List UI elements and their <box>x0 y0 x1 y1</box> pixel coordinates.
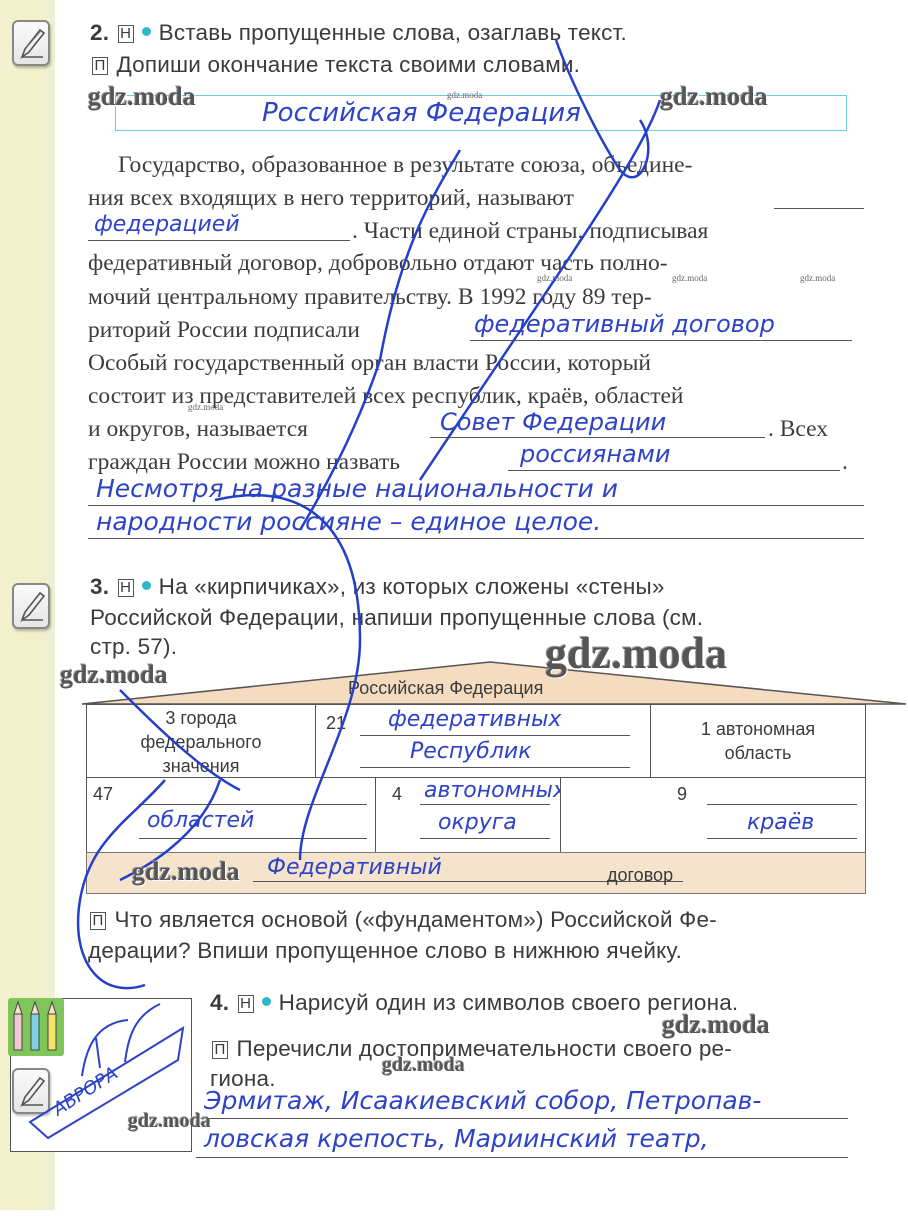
blank-line <box>508 470 840 471</box>
cell-text: 1 автономная <box>651 717 865 741</box>
cell-text: область <box>651 741 865 765</box>
task3-number: 3. <box>90 574 109 599</box>
task2-number: 2. <box>90 20 109 45</box>
cell-number: 9 <box>677 782 687 806</box>
answer-foundation: Федеративный <box>267 855 442 880</box>
text-line: . Части единой страны, подписывая <box>352 218 708 245</box>
watermark: gdz.moda <box>660 82 768 112</box>
answer-ending-1: Несмотря на разные национальности и <box>96 474 618 503</box>
watermark: gdz.moda <box>188 402 223 412</box>
task2-instruction2: Допиши окончание текста своими словами. <box>116 52 580 77</box>
bullet-dot-icon <box>142 581 151 590</box>
task4-number: 4. <box>210 990 229 1015</box>
answer-okrugs: округа <box>438 810 517 835</box>
answer-krais: краёв <box>747 810 814 835</box>
blank-line <box>88 538 864 539</box>
answer-citizens: россиянами <box>520 440 670 468</box>
watermark: gdz.moda <box>537 273 572 283</box>
task3-question: П Что является основой («фундаментом») Р… <box>88 907 717 933</box>
cell-okrugs[interactable]: 4 автономных округа <box>375 777 561 853</box>
task3-instruction: стр. 57). <box>90 634 177 660</box>
level-badge-p: П <box>212 1041 228 1059</box>
cell-autonomous-oblast: 1 автономная область <box>650 704 866 778</box>
cell-number: 21 <box>326 711 346 735</box>
aurora-ship-drawing: АВРОРА <box>0 998 200 1158</box>
blank-line <box>196 1118 848 1119</box>
cell-number: 4 <box>392 782 402 806</box>
answer-treaty: федеративный договор <box>474 310 775 338</box>
answer-ending-2: народности россияне – единое целое. <box>96 507 601 536</box>
blank-line <box>196 1157 848 1158</box>
blank-line <box>88 240 350 241</box>
blank-line <box>470 340 852 341</box>
bullet-dot-icon <box>142 27 151 36</box>
cell-number: 47 <box>93 782 113 806</box>
text-line: ния всех входящих в него территорий, наз… <box>88 185 574 212</box>
page-bottom <box>0 1210 908 1227</box>
text-line: федеративный договор, добровольно отдают… <box>88 250 668 277</box>
foundation-word: договор <box>607 863 673 887</box>
cell-text: 3 города <box>87 706 315 730</box>
level-badge-p: П <box>92 57 108 75</box>
blank-line <box>430 437 765 438</box>
watermark: gdz.moda <box>800 273 835 283</box>
blank-line <box>774 208 864 209</box>
bullet-dot-icon <box>262 997 271 1006</box>
cell-text: значения <box>87 754 315 778</box>
watermark: gdz.moda <box>672 273 707 283</box>
cell-republics[interactable]: 21 федеративных Республик <box>315 704 651 778</box>
watermark: gdz.moda <box>132 857 240 887</box>
answer-council: Совет Федерации <box>440 408 666 436</box>
watermark: gdz.moda <box>128 1110 211 1133</box>
task4-subheading: П Перечисли достопримечательности своего… <box>210 1036 732 1062</box>
task3-instruction: На «кирпичиках», из которых сложены «сте… <box>159 574 665 599</box>
answer-federation: федерацией <box>94 212 240 237</box>
level-badge-h: Н <box>238 995 254 1013</box>
answer-okrugs: автономных <box>424 778 566 803</box>
question-text: дерации? Впиши пропущенное слово в нижню… <box>88 938 682 964</box>
cell-krais[interactable]: 9 краёв <box>560 777 866 853</box>
roof-label: Российская Федерация <box>348 678 543 699</box>
task4-instruction2: Перечисли достопримечательности своего р… <box>236 1036 732 1061</box>
text-line: состоит из представителей всех республик… <box>88 383 684 410</box>
text-line: . Всех <box>768 416 828 443</box>
drawing-label: АВРОРА <box>48 1063 121 1121</box>
pencil-icon <box>12 583 50 629</box>
watermark: gdz.moda <box>382 1054 465 1077</box>
task2-heading: 2. НВставь пропущенные слова, озаглавь т… <box>90 20 627 46</box>
watermark: gdz.moda <box>545 628 727 679</box>
cell-federal-cities: 3 города федерального значения <box>86 704 316 778</box>
text-line: риторий России подписали <box>88 317 360 344</box>
task2-instruction: Вставь пропущенные слова, озаглавь текст… <box>159 20 627 45</box>
text-line: Особый государственный орган власти Росс… <box>88 350 651 377</box>
watermark: gdz.moda <box>60 660 168 690</box>
level-badge-h: Н <box>118 579 134 597</box>
text-line: и округов, называется <box>88 416 308 443</box>
answer-oblasts: областей <box>147 808 254 833</box>
watermark: gdz.moda <box>662 1010 770 1040</box>
answer-landmarks-2: ловская крепость, Мариинский театр, <box>204 1124 709 1153</box>
title-answer: Российская Федерация <box>262 98 581 128</box>
answer-republics: Республик <box>410 739 532 764</box>
watermark: gdz.moda <box>447 90 482 100</box>
cell-oblasts[interactable]: 47 областей <box>86 777 376 853</box>
task4-heading: 4. ННарисуй один из символов своего реги… <box>210 990 738 1016</box>
text-line: граждан России можно назвать <box>88 449 400 476</box>
text-line: Государство, образованное в результате с… <box>118 152 692 179</box>
level-badge-p: П <box>90 912 106 930</box>
cell-text: федерального <box>87 730 315 754</box>
text-line: мочий центральному правительству. В 1992… <box>88 284 652 311</box>
answer-republics: федеративных <box>388 707 561 732</box>
level-badge-h: Н <box>118 25 134 43</box>
task2-subheading: П Допиши окончание текста своими словами… <box>90 52 580 78</box>
watermark: gdz.moda <box>88 82 196 112</box>
pencil-icon <box>12 20 50 66</box>
answer-landmarks-1: Эрмитаж, Исаакиевский собор, Петропав- <box>204 1086 761 1115</box>
question-text: Что является основой («фундаментом») Рос… <box>114 907 716 932</box>
task3-heading: 3. ННа «кирпичиках», из которых сложены … <box>90 574 665 600</box>
